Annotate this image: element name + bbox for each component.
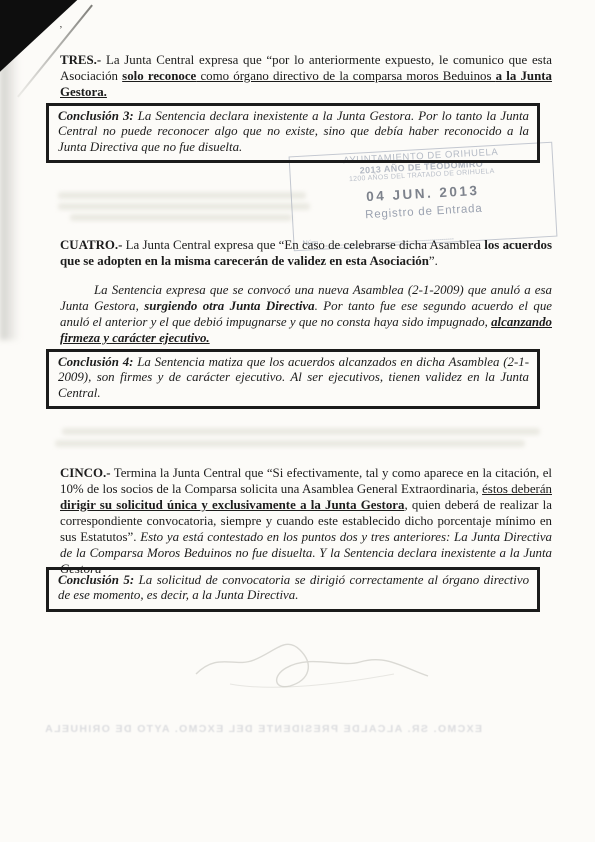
conclusion-5-box: Conclusión 5: La solicitud de convocator… xyxy=(46,567,540,612)
bleed-through-line xyxy=(58,192,306,199)
cinco-underlined: éstos deberán xyxy=(482,482,552,496)
bleed-through-reversed-address: EXCMO. SR. ALCALDE PRESIDENTE DEL EXCMO.… xyxy=(52,723,482,735)
tres-emphasis-1: solo reconoce xyxy=(122,69,196,83)
conclusion-5-label: Conclusión 5: xyxy=(58,573,134,587)
paragraph-cinco: CINCO.- Termina la Junta Central que “Si… xyxy=(60,465,552,577)
sentencia-emphasis-1: surgiendo otra Junta Directiva xyxy=(144,299,314,313)
tres-underlined: como órgano directivo de la comparsa mor… xyxy=(196,69,495,83)
cinco-emphasis: dirigir su solicitud única y exclusivame… xyxy=(60,498,404,512)
bleed-through-line xyxy=(62,428,540,435)
conclusion-3-label: Conclusión 3: xyxy=(58,109,134,123)
scanned-document-page: ’ TRES.- La Junta Central expresa que “p… xyxy=(0,0,595,842)
conclusion-4-label: Conclusión 4: xyxy=(58,355,133,369)
tres-heading: TRES.- xyxy=(60,53,101,67)
bleed-through-line xyxy=(55,440,525,447)
cinco-text-1: Termina la Junta Central que “Si efectiv… xyxy=(60,466,552,496)
conclusion-3-box: Conclusión 3: La Sentencia declara inexi… xyxy=(46,103,540,163)
paragraph-cuatro: CUATRO.- La Junta Central expresa que “E… xyxy=(60,237,552,269)
bleed-through-line xyxy=(58,203,310,210)
conclusion-4-box: Conclusión 4: La Sentencia matiza que lo… xyxy=(46,349,540,409)
paragraph-sentencia: La Sentencia expresa que se convocó una … xyxy=(60,282,552,346)
cuatro-heading: CUATRO.- xyxy=(60,238,122,252)
paragraph-tres: TRES.- La Junta Central expresa que “por… xyxy=(60,52,552,100)
ink-speck: ’ xyxy=(59,24,63,36)
cuatro-text: La Junta Central expresa que “En caso de… xyxy=(122,238,484,252)
faint-signature xyxy=(190,616,450,708)
bleed-through-line xyxy=(70,214,292,221)
cuatro-closing: ”. xyxy=(429,254,438,268)
cinco-heading: CINCO.- xyxy=(60,466,111,480)
